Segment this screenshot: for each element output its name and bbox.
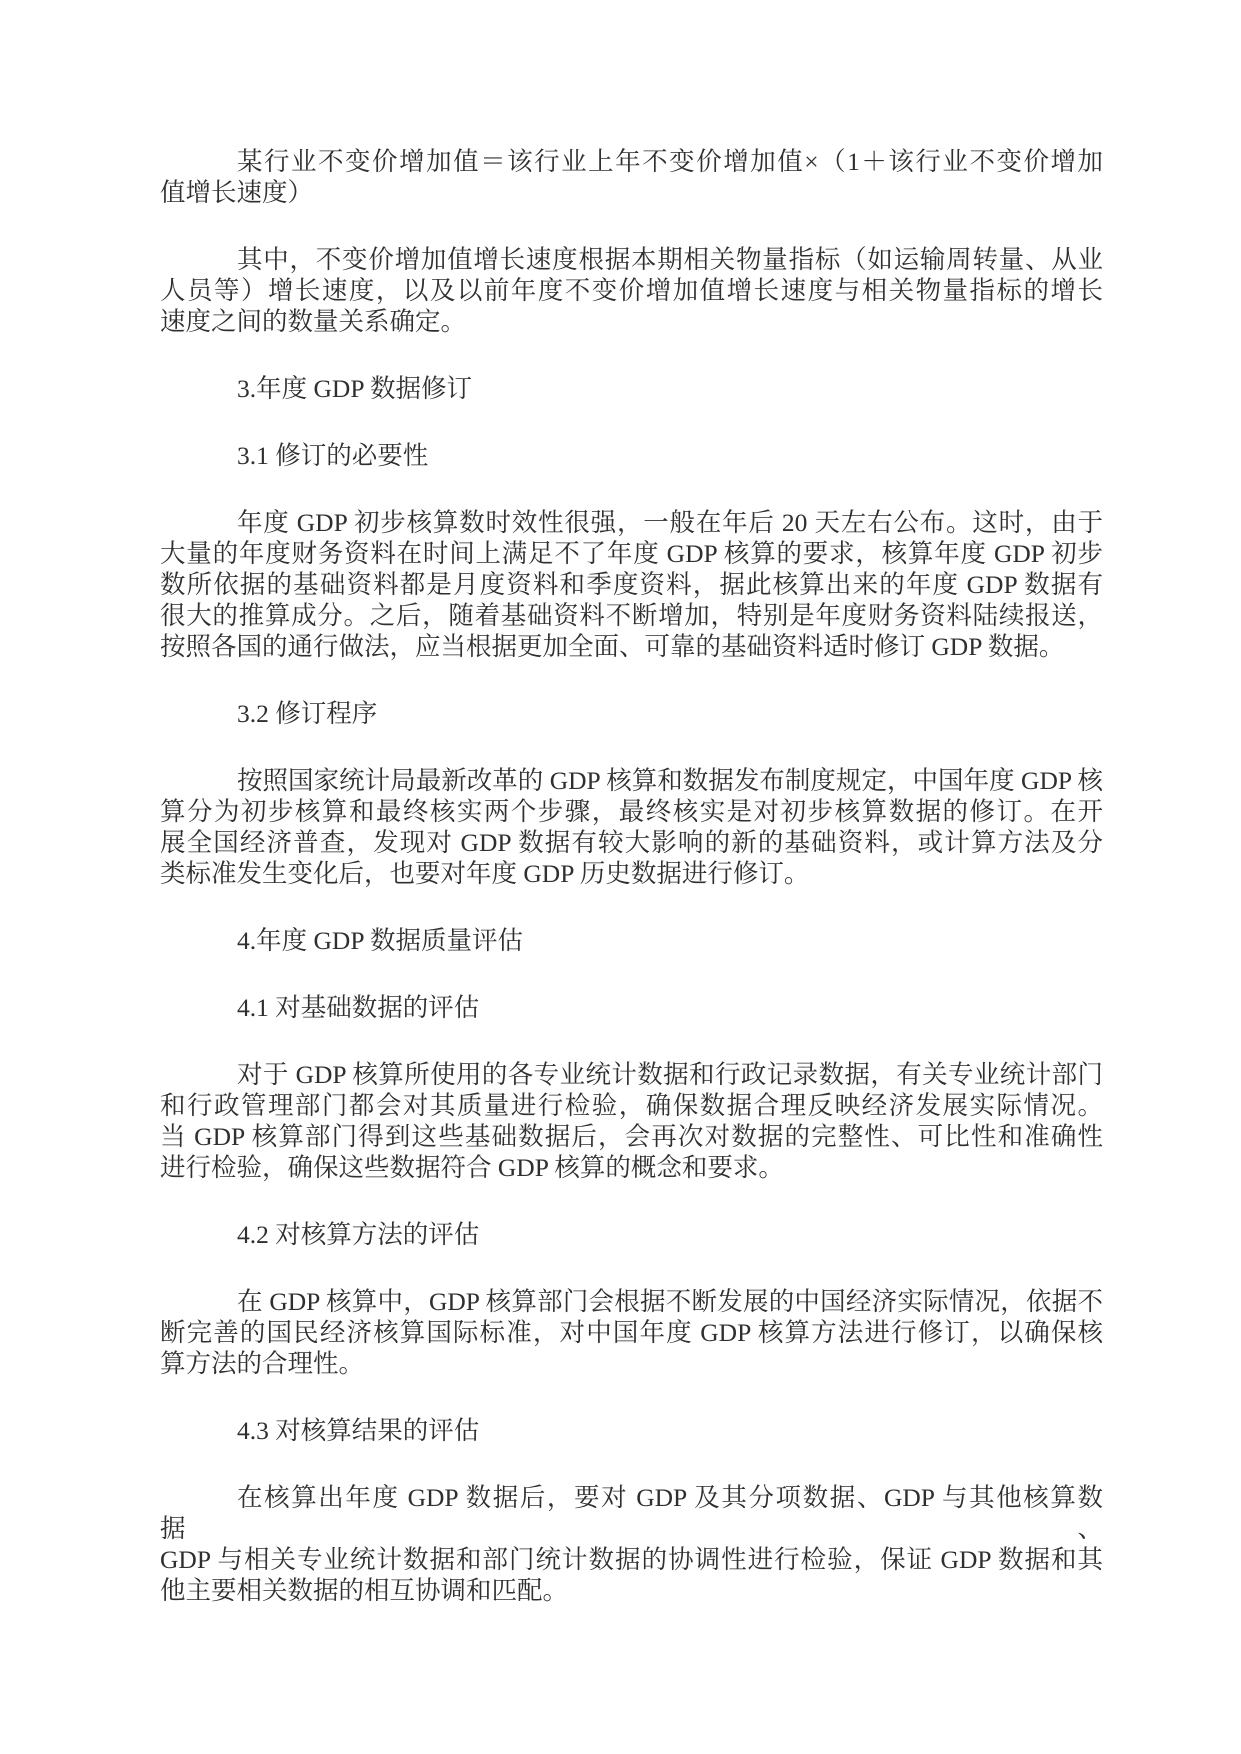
- paragraph-line: 值增长速度）: [160, 177, 1103, 208]
- paragraph-line: 算分为初步核算和最终核实两个步骤，最终核实是对初步核算数据的修订。在开: [160, 796, 1103, 827]
- document-page: 某行业不变价增加值＝该行业上年不变价增加值×（1＋该行业不变价增加值增长速度）其…: [0, 0, 1241, 1754]
- paragraph-line: 在 GDP 核算中，GDP 核算部门会根据不断发展的中国经济实际情况，依据不: [160, 1286, 1103, 1317]
- body-paragraph: 年度 GDP 初步核算数时效性很强，一般在年后 20 天左右公布。这时，由于大量…: [160, 507, 1103, 662]
- heading-text: 3.年度 GDP 数据修订: [160, 373, 1103, 404]
- paragraph-line: 展全国经济普查，发现对 GDP 数据有较大影响的新的基础资料，或计算方法及分: [160, 827, 1103, 858]
- document-content: 某行业不变价增加值＝该行业上年不变价增加值×（1＋该行业不变价增加值增长速度）其…: [160, 146, 1103, 1606]
- paragraph-line: 断完善的国民经济核算国际标准，对中国年度 GDP 核算方法进行修订，以确保核: [160, 1317, 1103, 1348]
- section-heading: 4.2 对核算方法的评估: [160, 1219, 1103, 1250]
- paragraph-line: 速度之间的数量关系确定。: [160, 306, 1103, 337]
- heading-text: 4.3 对核算结果的评估: [160, 1415, 1103, 1446]
- section-heading: 4.3 对核算结果的评估: [160, 1415, 1103, 1446]
- section-heading: 4.1 对基础数据的评估: [160, 992, 1103, 1023]
- paragraph-line: 按照各国的通行做法，应当根据更加全面、可靠的基础资料适时修订 GDP 数据。: [160, 631, 1103, 662]
- body-paragraph: 对于 GDP 核算所使用的各专业统计数据和行政记录数据，有关专业统计部门和行政管…: [160, 1059, 1103, 1183]
- paragraph-line: 年度 GDP 初步核算数时效性很强，一般在年后 20 天左右公布。这时，由于: [160, 507, 1103, 538]
- heading-text: 4.1 对基础数据的评估: [160, 992, 1103, 1023]
- paragraph-line: 类标准发生变化后，也要对年度 GDP 历史数据进行修订。: [160, 858, 1103, 889]
- body-paragraph: 某行业不变价增加值＝该行业上年不变价增加值×（1＋该行业不变价增加值增长速度）: [160, 146, 1103, 208]
- paragraph-line: 大量的年度财务资料在时间上满足不了年度 GDP 核算的要求，核算年度 GDP 初…: [160, 538, 1103, 569]
- heading-text: 3.2 修订程序: [160, 698, 1103, 729]
- section-heading: 3.年度 GDP 数据修订: [160, 373, 1103, 404]
- paragraph-line: 进行检验，确保这些数据符合 GDP 核算的概念和要求。: [160, 1152, 1103, 1183]
- body-paragraph: 按照国家统计局最新改革的 GDP 核算和数据发布制度规定，中国年度 GDP 核算…: [160, 765, 1103, 889]
- heading-text: 4.2 对核算方法的评估: [160, 1219, 1103, 1250]
- section-heading: 3.2 修订程序: [160, 698, 1103, 729]
- paragraph-line: 某行业不变价增加值＝该行业上年不变价增加值×（1＋该行业不变价增加: [160, 146, 1103, 177]
- heading-text: 3.1 修订的必要性: [160, 440, 1103, 471]
- paragraph-line: GDP 与相关专业统计数据和部门统计数据的协调性进行检验，保证 GDP 数据和其: [160, 1544, 1103, 1575]
- body-paragraph: 在核算出年度 GDP 数据后，要对 GDP 及其分项数据、GDP 与其他核算数据…: [160, 1482, 1103, 1606]
- body-paragraph: 在 GDP 核算中，GDP 核算部门会根据不断发展的中国经济实际情况，依据不断完…: [160, 1286, 1103, 1379]
- heading-text: 4.年度 GDP 数据质量评估: [160, 925, 1103, 956]
- paragraph-line: 人员等）增长速度，以及以前年度不变价增加值增长速度与相关物量指标的增长: [160, 275, 1103, 306]
- section-heading: 4.年度 GDP 数据质量评估: [160, 925, 1103, 956]
- paragraph-line: 在核算出年度 GDP 数据后，要对 GDP 及其分项数据、GDP 与其他核算数据…: [160, 1482, 1103, 1544]
- paragraph-line: 很大的推算成分。之后，随着基础资料不断增加，特别是年度财务资料陆续报送，: [160, 600, 1103, 631]
- paragraph-line: 当 GDP 核算部门得到这些基础数据后，会再次对数据的完整性、可比性和准确性: [160, 1121, 1103, 1152]
- paragraph-line: 其中，不变价增加值增长速度根据本期相关物量指标（如运输周转量、从业: [160, 244, 1103, 275]
- paragraph-line: 数所依据的基础资料都是月度资料和季度资料，据此核算出来的年度 GDP 数据有: [160, 569, 1103, 600]
- paragraph-line: 对于 GDP 核算所使用的各专业统计数据和行政记录数据，有关专业统计部门: [160, 1059, 1103, 1090]
- paragraph-line: 算方法的合理性。: [160, 1348, 1103, 1379]
- section-heading: 3.1 修订的必要性: [160, 440, 1103, 471]
- paragraph-line: 他主要相关数据的相互协调和匹配。: [160, 1575, 1103, 1606]
- paragraph-line: 按照国家统计局最新改革的 GDP 核算和数据发布制度规定，中国年度 GDP 核: [160, 765, 1103, 796]
- paragraph-line: 和行政管理部门都会对其质量进行检验，确保数据合理反映经济发展实际情况。: [160, 1090, 1103, 1121]
- body-paragraph: 其中，不变价增加值增长速度根据本期相关物量指标（如运输周转量、从业人员等）增长速…: [160, 244, 1103, 337]
